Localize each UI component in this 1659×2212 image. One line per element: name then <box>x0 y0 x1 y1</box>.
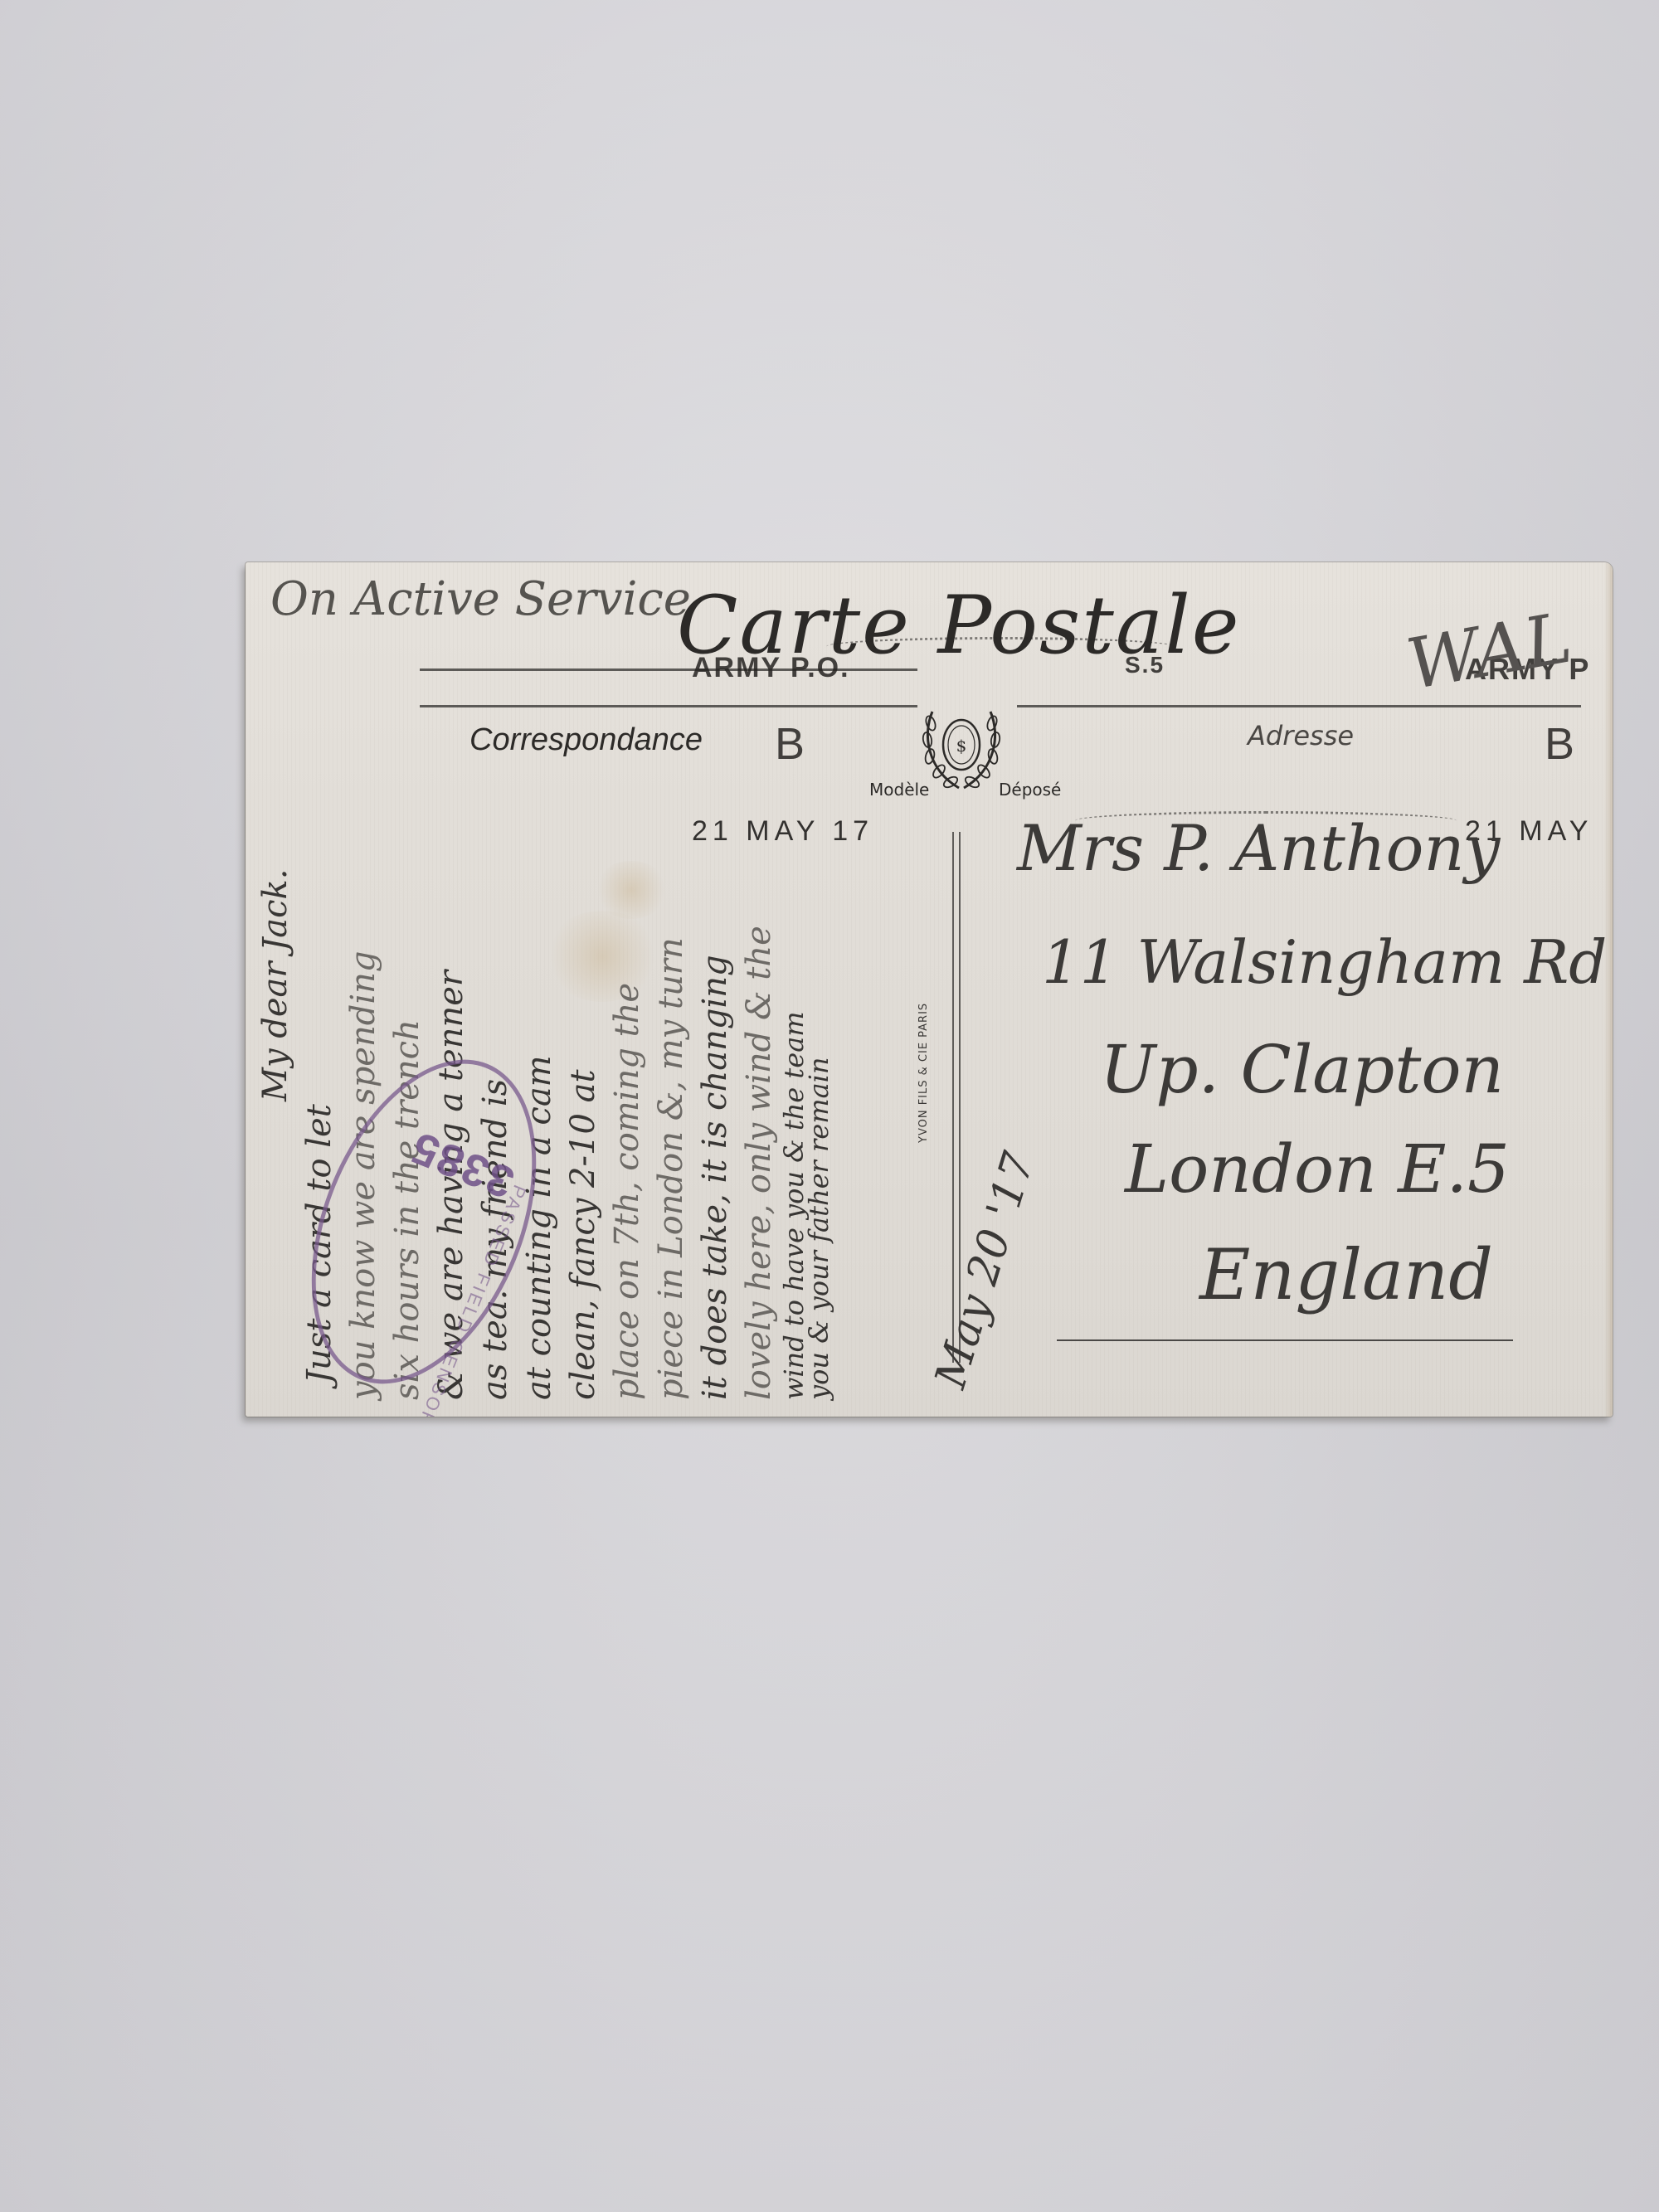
printer-imprint: YVON FILS & CIE PARIS <box>917 1003 930 1143</box>
address-city: London E.5 <box>1125 1130 1510 1208</box>
postcard: Carte Postale $ Modèle Déposé Correspond… <box>246 562 1613 1417</box>
on-active-service-note: On Active Service <box>270 572 691 626</box>
message-line: lovely here, only wind & the <box>737 637 781 1400</box>
letter-date: May 20 '17 <box>926 1147 1044 1394</box>
message-line: it does take, it is changing <box>693 637 737 1400</box>
message-line: My dear Jack. <box>254 637 298 1400</box>
address-district: Up. Clapton <box>1100 1031 1504 1108</box>
address-label: Adresse <box>1248 720 1354 751</box>
message-line: at counting in a cam <box>518 637 562 1400</box>
address-recipient: Mrs P. Anthony <box>1017 811 1500 885</box>
message-line: clean, fancy 2-10 at <box>562 637 606 1400</box>
laurel-wreath-crest-icon: $ <box>916 702 1007 801</box>
message-line: piece in London &, my turn <box>649 637 693 1400</box>
address-line-rule <box>1057 1339 1513 1341</box>
handwritten-initials: WAL <box>1401 597 1578 706</box>
message-line: you & your father remain <box>806 637 831 1400</box>
postmark-cancel-wave <box>826 637 1175 656</box>
address-country: England <box>1199 1234 1493 1315</box>
svg-text:$: $ <box>956 736 967 756</box>
header-rule-right <box>1017 705 1581 707</box>
depose-label: Déposé <box>999 780 1061 800</box>
modele-label: Modèle <box>869 780 929 800</box>
address-street: 11 Walsingham Rd <box>1042 927 1607 997</box>
postmark-right-letter: B <box>1545 718 1576 770</box>
censor-number: 3385 <box>403 1121 521 1208</box>
message-line: place on 7th, coming the <box>606 637 649 1400</box>
